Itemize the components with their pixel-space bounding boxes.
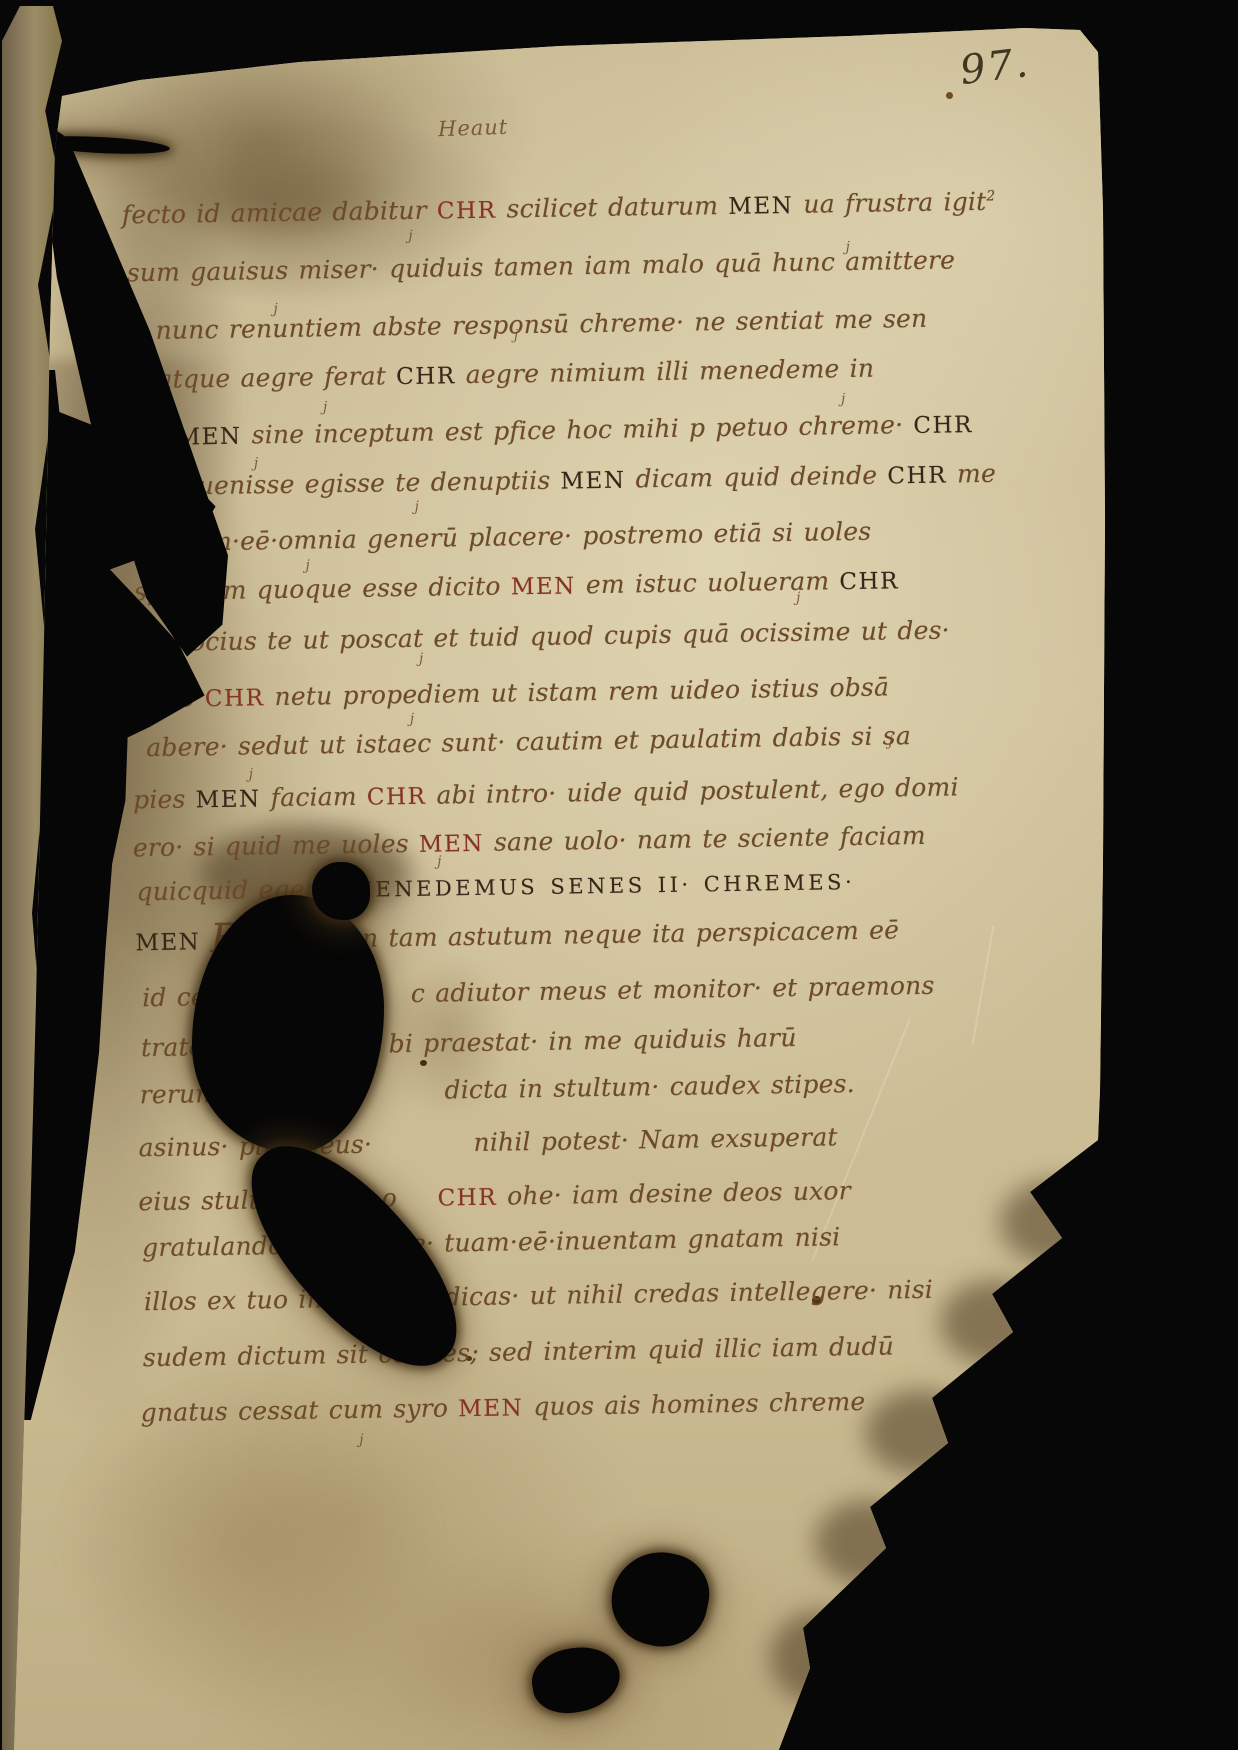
interrogation-mark: j (249, 766, 254, 782)
parchment-page: Heaut 97. fecto id amicae dabitur CHR sc… (0, 0, 1238, 1750)
interrogation-mark: j (888, 733, 893, 749)
interrogation-mark: j (414, 499, 419, 515)
interrogation-mark: j (841, 391, 846, 407)
interrogation-mark: j (254, 455, 259, 471)
interrogation-mark: j (845, 239, 850, 255)
interrogation-mark: j (410, 711, 415, 727)
interrogation-mark: j (408, 228, 413, 244)
interrogation-mark: j (273, 301, 278, 317)
interrogation-mark: j (323, 399, 328, 415)
interlinear-marks: jjjjjjjjjjjjjjjjjjjj (0, 0, 1238, 1750)
interrogation-mark: j (305, 558, 310, 574)
interrogation-mark: j (437, 854, 442, 870)
interrogation-mark: j (359, 1432, 364, 1448)
interrogation-mark: j (514, 327, 519, 343)
burn-hole (312, 862, 370, 920)
interrogation-mark: j (419, 651, 424, 667)
interrogation-mark: j (796, 590, 801, 606)
